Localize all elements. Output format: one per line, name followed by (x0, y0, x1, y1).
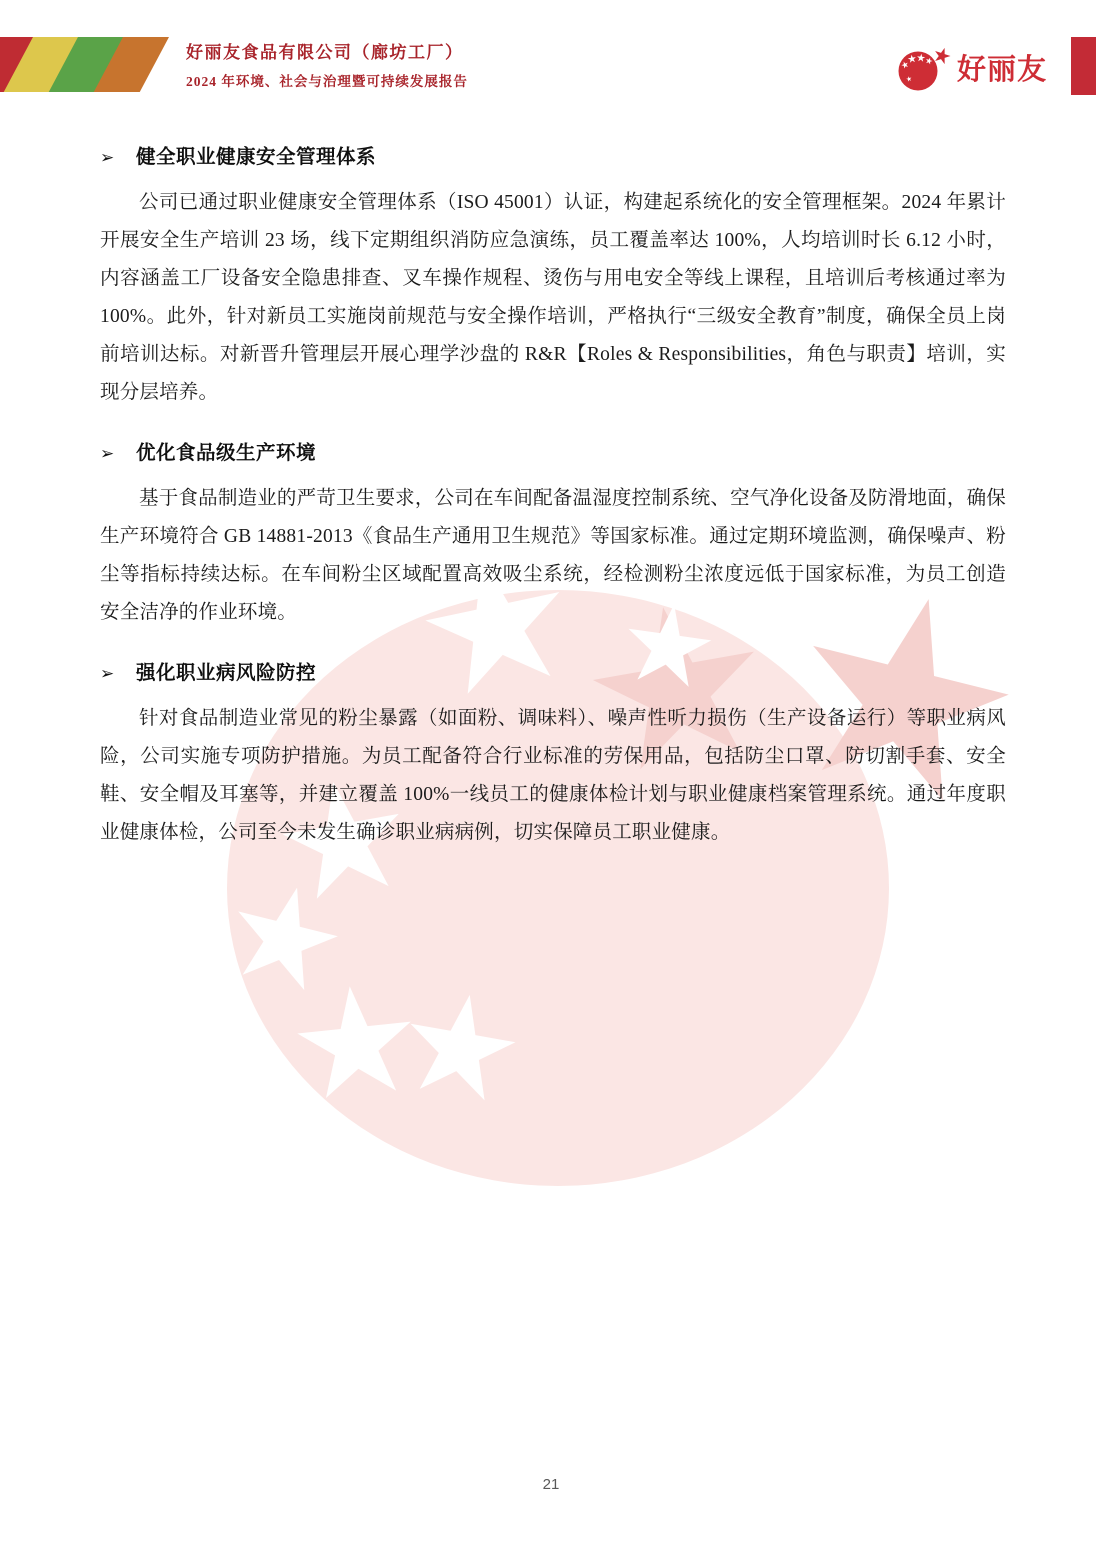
report-page-content: ➢ 健全职业健康安全管理体系 公司已通过职业健康安全管理体系（ISO 45001… (100, 141, 1006, 877)
section-food-grade-environment: ➢ 优化食品级生产环境 基于食品制造业的严苛卫生要求，公司在车间配备温湿度控制系… (100, 437, 1006, 632)
header-color-stripes (0, 37, 180, 92)
company-title: 好丽友食品有限公司（廊坊工厂） (186, 38, 468, 63)
section-title: 优化食品级生产环境 (136, 437, 316, 465)
brand-logo: 好丽友 (897, 46, 1047, 94)
section-title: 强化职业病风险防控 (136, 657, 316, 685)
section-heading: ➢ 健全职业健康安全管理体系 (100, 141, 1006, 169)
page-header: 好丽友食品有限公司（廊坊工厂） 2024 年环境、社会与治理暨可持续发展报告 好… (0, 0, 1102, 125)
brand-logo-text: 好丽友 (957, 56, 1047, 85)
report-title: 2024 年环境、社会与治理暨可持续发展报告 (186, 70, 468, 90)
section-paragraph: 针对食品制造业常见的粉尘暴露（如面粉、调味料）、噪声性听力损伤（生产设备运行）等… (100, 700, 1006, 852)
page-edge-red-bar (1071, 37, 1096, 95)
section-occupational-disease-prevention: ➢ 强化职业病风险防控 针对食品制造业常见的粉尘暴露（如面粉、调味料）、噪声性听… (100, 657, 1006, 852)
section-paragraph: 基于食品制造业的严苛卫生要求，公司在车间配备温湿度控制系统、空气净化设备及防滑地… (100, 480, 1006, 632)
header-titles: 好丽友食品有限公司（廊坊工厂） 2024 年环境、社会与治理暨可持续发展报告 (186, 38, 468, 90)
arrow-bullet-icon: ➢ (100, 148, 136, 168)
brand-ball-icon (897, 46, 953, 94)
page-footer: 21 (0, 1476, 1102, 1494)
section-heading: ➢ 强化职业病风险防控 (100, 657, 1006, 685)
arrow-bullet-icon: ➢ (100, 664, 136, 684)
arrow-bullet-icon: ➢ (100, 444, 136, 464)
page-number: 21 (543, 1476, 560, 1493)
section-paragraph: 公司已通过职业健康安全管理体系（ISO 45001）认证，构建起系统化的安全管理… (100, 184, 1006, 412)
section-title: 健全职业健康安全管理体系 (136, 141, 376, 169)
section-occupational-health-system: ➢ 健全职业健康安全管理体系 公司已通过职业健康安全管理体系（ISO 45001… (100, 141, 1006, 412)
section-heading: ➢ 优化食品级生产环境 (100, 437, 1006, 465)
